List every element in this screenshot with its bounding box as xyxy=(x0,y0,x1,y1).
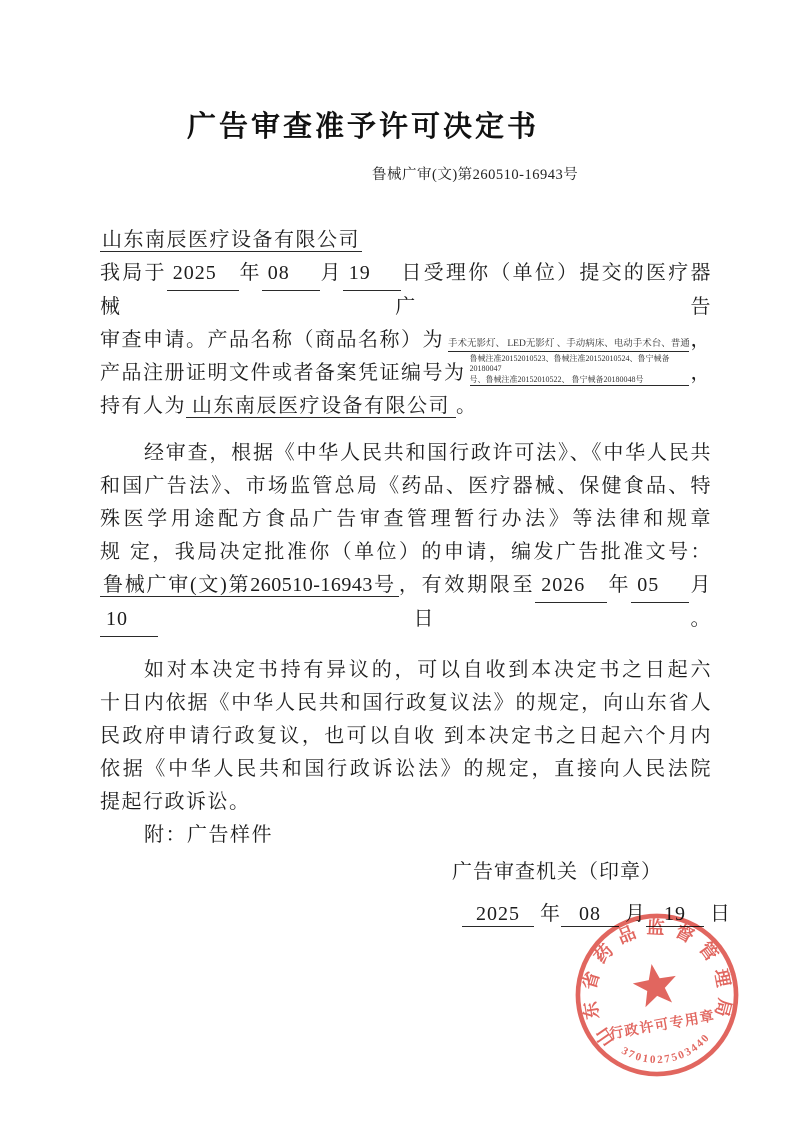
unit-month: 月 xyxy=(320,262,343,284)
document-page: 广告审查准予许可决定书 鲁械广审(文)第260510-16943号 山东南辰医疗… xyxy=(0,0,800,1131)
unit-year: 年 xyxy=(540,903,561,925)
p1-holder-label: 持有人为 xyxy=(100,395,186,417)
expiry-month-field: 05 xyxy=(631,569,689,603)
body-line-recipient: 山东南辰医疗设备有限公司 xyxy=(100,224,712,257)
accept-day-field: 19 xyxy=(343,257,401,291)
body-line: 民政府申请行政复议，也可以自收 到本决定书之日起六个月内 xyxy=(100,720,712,753)
body-line-reg-numbers: 产品注册证明文件或者备案凭证编号为鲁械注准20152010523、鲁械注准201… xyxy=(100,357,712,390)
p2-validity-label: ，有效期限至 xyxy=(399,574,535,596)
sign-month-field: 08 xyxy=(561,903,619,927)
signature-date-line: 2025 年08 月19 日 xyxy=(462,897,731,927)
attachment-note: 附：广告样件 xyxy=(100,819,712,852)
sign-year-field: 2025 xyxy=(462,903,534,927)
body-line-products: 审查申请。产品名称（商品名称）为手术无影灯、 LED无影灯 、手动病床、电动手术… xyxy=(100,324,712,357)
registration-numbers-line1: 鲁械注准20152010523、鲁械注准20152010524、鲁宁械备2018… xyxy=(470,354,670,374)
recipient-name: 山东南辰医疗设备有限公司 xyxy=(100,229,362,252)
holder-name-field: 山东南辰医疗设备有限公司 xyxy=(186,395,456,418)
unit-day: 日 xyxy=(710,903,731,925)
expiry-year-field: 2026 xyxy=(535,569,607,603)
period: 。 xyxy=(456,395,478,417)
body-line: 提起行政诉讼。 xyxy=(100,786,712,819)
registration-numbers-line2: 号、鲁械注准20152010522、 鲁宁械备20180048号 xyxy=(470,375,644,384)
unit-month: 月 xyxy=(625,903,646,925)
accept-month-field: 08 xyxy=(262,257,320,291)
body-line: 和国广告法》、市场监管总局《药品、医疗器械、保健食品、特 xyxy=(100,470,712,503)
p1-prefix: 我局于 xyxy=(100,262,167,284)
p1-regnos-label: 产品注册证明文件或者备案凭证编号为 xyxy=(100,357,466,390)
body-line: 经审查，根据《中华人民共和国行政许可法》、《中华人民共 xyxy=(100,437,712,470)
unit-year: 年 xyxy=(239,262,262,284)
seal-ring xyxy=(565,903,748,1086)
registration-numbers-field: 鲁械注准20152010523、鲁械注准20152010524、鲁宁械备2018… xyxy=(470,354,689,387)
unit-month: 月 xyxy=(689,574,712,596)
approval-number-field: 鲁械广审(文)第260510-16943号 xyxy=(100,574,399,597)
accept-year-field: 2025 xyxy=(167,257,239,291)
review-authority-line: 广告审查机关（印章） xyxy=(452,855,662,884)
seal-serial-number: 3701027503440 xyxy=(618,1030,716,1073)
body-line: 殊医学用途配方食品广告审查管理暂行办法》等法律和规章 xyxy=(100,503,712,536)
expiry-day-field: 10 xyxy=(100,603,158,637)
page-title: 广告审查准予许可决定书 xyxy=(0,104,726,145)
body-line: 十日内依据《中华人民共和国行政复议法》的规定，向山东省人 xyxy=(100,687,712,720)
comma: ， xyxy=(691,357,713,390)
body-line-holder: 持有人为山东南辰医疗设备有限公司。 xyxy=(100,390,712,423)
body-line: 依据《中华人民共和国行政诉讼法》的规定，直接向人民法院 xyxy=(100,753,712,786)
star-icon xyxy=(630,960,680,1008)
comma: ， xyxy=(691,324,713,357)
body-line-accept-date: 我局于2025年08月19日受理你（单位）提交的医疗器械广告 xyxy=(100,257,712,324)
p2-line-end: 日。 xyxy=(158,608,712,630)
seal-center-text: 行政许可专用章 xyxy=(608,1007,716,1042)
body-line: 规 定，我局决定批准你（单位）的申请，编发广告批准文号： xyxy=(100,536,712,569)
body-line: 如对本决定书持有异议的，可以自收到本决定书之日起六 xyxy=(100,654,712,687)
doc-number: 鲁械广审(文)第260510-16943号 xyxy=(372,163,578,184)
sign-day-field: 19 xyxy=(646,903,704,927)
unit-year: 年 xyxy=(607,574,631,596)
document-body: 山东南辰医疗设备有限公司 我局于2025年08月19日受理你（单位）提交的医疗器… xyxy=(100,224,712,852)
p1-products-label: 审查申请。产品名称（商品名称）为 xyxy=(100,324,444,357)
body-line-approval: 鲁械广审(文)第260510-16943号，有效期限至2026年05月10日。 xyxy=(100,569,712,637)
product-names-field: 手术无影灯、 LED无影灯 、手动病床、电动手术台、普通病床 xyxy=(448,338,689,352)
